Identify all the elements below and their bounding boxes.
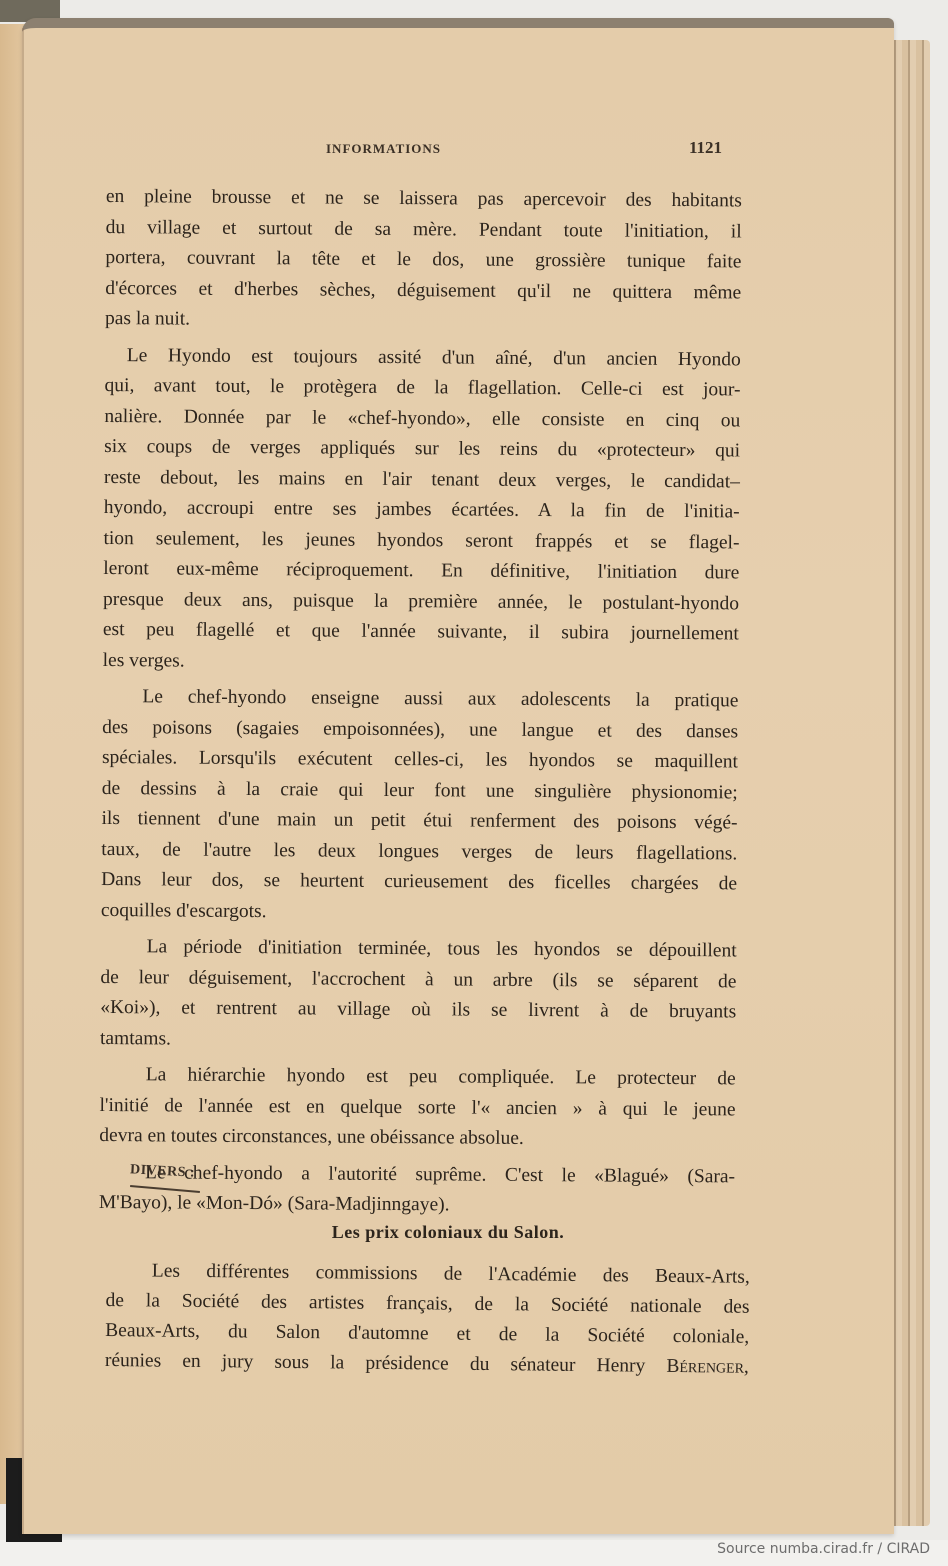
paragraph-5: La hiérarchie hyondo est peu compliquée.… xyxy=(99,1060,736,1156)
text-line: qui, avant tout, le protègera de la flag… xyxy=(104,371,740,406)
text-line: ils tiennent d'une main un petit étui re… xyxy=(101,804,737,839)
page-stack-edge xyxy=(888,40,930,1526)
text-line: tion seulement, les jeunes hyondos seron… xyxy=(103,523,739,558)
text-line: hyondo, accroupi entre ses jambes écarté… xyxy=(104,493,740,528)
person-name: Bérenger, xyxy=(666,1356,749,1378)
text-line: l'initié de l'année est en quelque sorte… xyxy=(99,1090,735,1125)
text-line: nalière. Donnée par le «chef-hyondo», el… xyxy=(104,401,740,436)
page-number: 1121 xyxy=(689,138,722,158)
section-label: DIVERS : xyxy=(130,1162,196,1181)
text-line: leront eux-même réciproquement. En défin… xyxy=(103,554,739,589)
text-line: pas la nuit. xyxy=(105,304,741,339)
text-line: de leur déguisement, l'accrochent à un a… xyxy=(100,962,736,997)
text-line: des poisons (sagaies empoisonnées), une … xyxy=(102,712,738,747)
article-body: Les différentes commissions de l'Académi… xyxy=(105,1256,750,1383)
text-line: du village et surtout de sa mère. Pendan… xyxy=(106,212,742,247)
text-line: portera, couvrant la tête et le dos, une… xyxy=(105,243,741,278)
text-line: d'écorces et d'herbes sèches, déguisemen… xyxy=(105,273,741,308)
text-line: de dessins à la craie qui leur font une … xyxy=(102,773,738,808)
text-line: six coups de verges appliqués sur les re… xyxy=(104,432,740,467)
text-line: les verges. xyxy=(103,645,739,680)
text-line: Le chef-hyondo enseigne aussi aux adoles… xyxy=(102,682,738,717)
text-line: La période d'initiation terminée, tous l… xyxy=(101,932,737,967)
text-line: M'Bayo), le «Mon-Dó» (Sara-Madjinngaye). xyxy=(99,1188,735,1223)
text-fragment: réunies en jury sous la présidence du sé… xyxy=(105,1350,646,1377)
source-credit: Source numba.cirad.fr / CIRAD xyxy=(717,1541,930,1557)
page-header: INFORMATIONS 1121 xyxy=(326,138,722,162)
article-title: Les prix coloniaux du Salon. xyxy=(238,1222,658,1243)
body-text: en pleine brousse et ne se laissera pas … xyxy=(99,182,742,1229)
text-line: presque deux ans, puisque la première an… xyxy=(103,584,739,619)
paragraph-1: en pleine brousse et ne se laissera pas … xyxy=(105,182,742,339)
running-head: INFORMATIONS xyxy=(326,141,441,157)
text-line: Le Hyondo est toujours assité d'un aîné,… xyxy=(105,340,741,375)
paragraph-3: Le chef-hyondo enseigne aussi aux adoles… xyxy=(101,682,739,930)
text-line: reste debout, les mains en l'air tenant … xyxy=(104,462,740,497)
text-line: devra en toutes circonstances, une obéis… xyxy=(99,1121,735,1156)
gutter-line xyxy=(22,28,24,1534)
text-line: en pleine brousse et ne se laissera pas … xyxy=(106,182,742,217)
text-line: Dans leur dos, se heurtent curieusement … xyxy=(101,865,737,900)
text-line: taux, de l'autre les deux longues verges… xyxy=(101,834,737,869)
text-line: «Koi»), et rentrent au village où ils se… xyxy=(100,993,736,1028)
text-line: coquilles d'escargots. xyxy=(101,895,737,930)
text-line: est peu flagellé et que l'année suivante… xyxy=(103,615,739,650)
paragraph-4: La période d'initiation terminée, tous l… xyxy=(100,932,737,1058)
text-line: spéciales. Lorsqu'ils exécutent celles-c… xyxy=(102,743,738,778)
text-line: La hiérarchie hyondo est peu compliquée.… xyxy=(100,1060,736,1095)
text-line: tamtams. xyxy=(100,1023,736,1058)
paragraph-2: Le Hyondo est toujours assité d'un aîné,… xyxy=(103,340,741,680)
